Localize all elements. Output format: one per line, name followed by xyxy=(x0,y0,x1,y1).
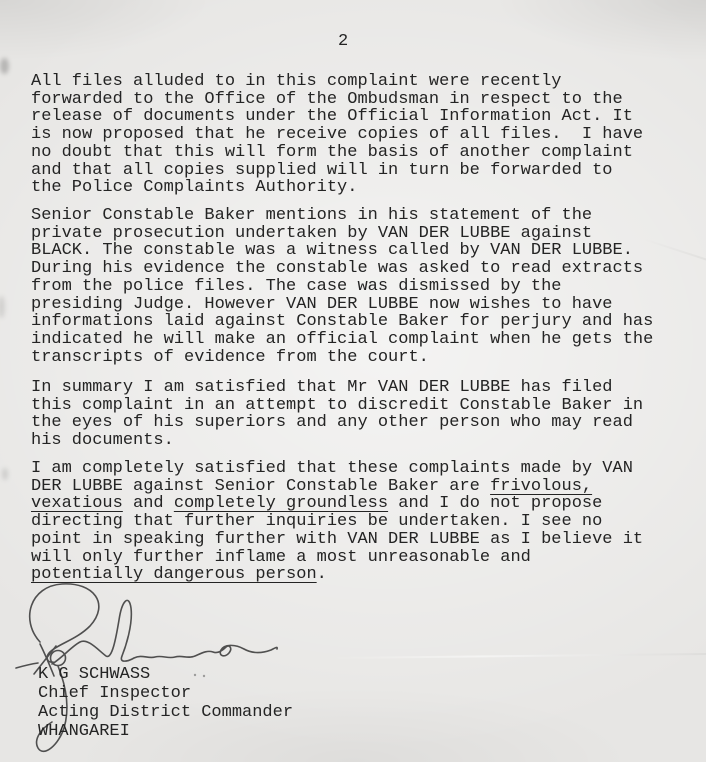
underlined-phrase: vexatious xyxy=(31,494,123,513)
underlined-phrase: completely groundless xyxy=(174,494,388,513)
scan-artifact xyxy=(0,296,5,318)
paper-crease xyxy=(330,653,706,659)
scan-artifact xyxy=(2,468,8,480)
paragraph-files-forwarded: All files alluded to in this complaint w… xyxy=(31,73,691,197)
signatory-station: WHANGAREI xyxy=(38,722,293,741)
paragraph-baker-statement: Senior Constable Baker mentions in his s… xyxy=(31,207,691,366)
page-number: 2 xyxy=(338,33,348,51)
underlined-phrase: frivolous, xyxy=(490,477,592,496)
signatory-name: K G SCHWASS xyxy=(38,665,293,684)
scan-artifact xyxy=(0,58,9,74)
signatory-rank: Chief Inspector xyxy=(38,684,293,703)
signatory-position: Acting District Commander xyxy=(38,703,293,722)
paragraph-summary: In summary I am satisfied that Mr VAN DE… xyxy=(31,379,691,450)
signature-block: K G SCHWASS Chief Inspector Acting Distr… xyxy=(38,665,293,741)
paragraph-conclusion: I am completely satisfied that these com… xyxy=(31,460,691,584)
scanned-letter-page: 2 All files alluded to in this complaint… xyxy=(0,0,706,762)
underlined-phrase: potentially dangerous person xyxy=(31,565,317,584)
